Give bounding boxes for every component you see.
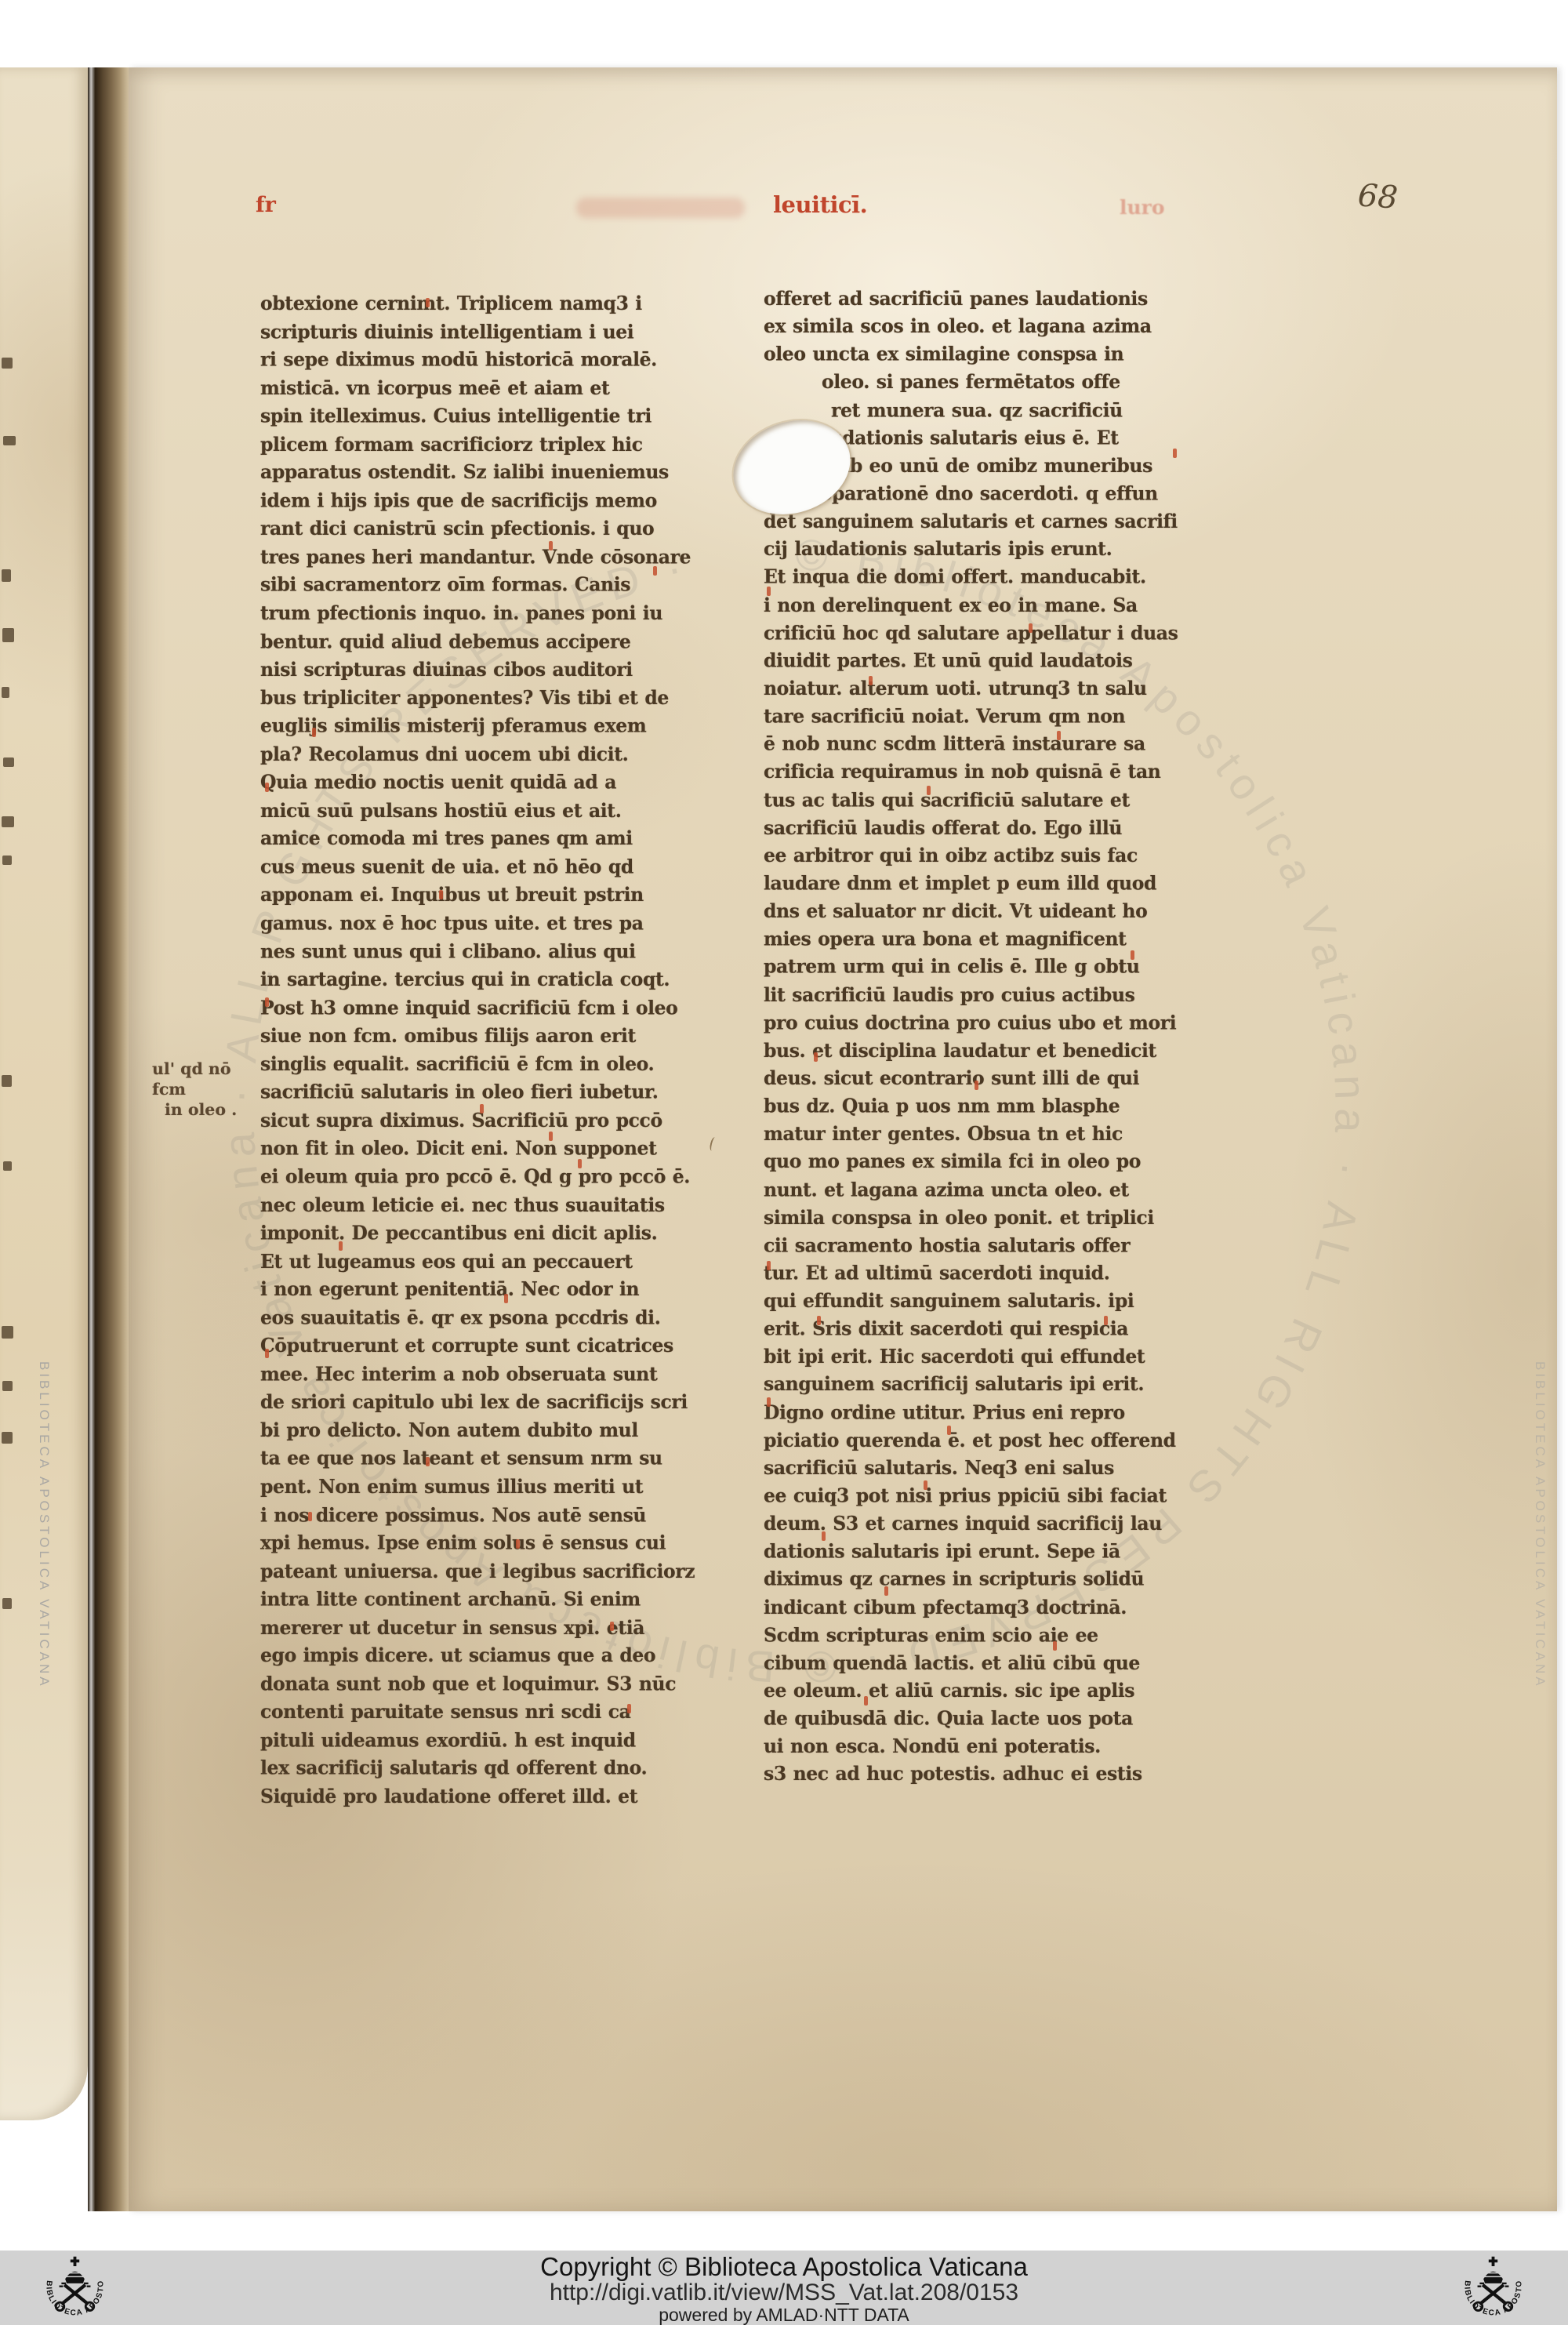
manuscript-line: matur inter gentes. Obsua tn et hic [764, 1122, 1226, 1150]
manuscript-line: Et ut lugeamus eos qui an peccauert [260, 1250, 717, 1278]
vatican-library-logo: BIBLIOTECA APOSTOLICA VATICANA [1456, 2252, 1530, 2325]
manuscript-line: mee. Hec interim a nob obseruata sunt [260, 1362, 717, 1390]
text-fragment [3, 1161, 12, 1171]
manuscript-line: rant dici canistrū scin pfectionis. i qu… [260, 517, 717, 545]
manuscript-line: dationis salutaris ipi erunt. Sepe iā [764, 1540, 1226, 1568]
manuscript-line: tus ac talis qui sacrificiū salutare et [764, 788, 1226, 816]
manuscript-line: ex simila scos in oleo. et lagana azima [764, 315, 1226, 343]
manuscript-line: misticā. vn icorpus meē et aiam et [260, 376, 717, 405]
manuscript-line: cij laudationis salutaris ipis erunt. [764, 538, 1226, 566]
manuscript-line: in sartagine. tercius qui in craticla co… [260, 968, 717, 996]
manuscript-line: intra litte continent archanū. Si enim [260, 1588, 717, 1616]
manuscript-line: bi pro delicto. Non autem dubito mul [260, 1419, 717, 1447]
manuscript-line: diuidit partes. Et unū quid laudatois [764, 649, 1226, 678]
manuscript-line: Quia medio noctis uenit quidā ad a [260, 771, 717, 799]
manuscript-line: contenti paruitate sensus nri scdi ca [260, 1700, 717, 1728]
manuscript-line: ei oleum quia pro pccō ē. Qd g pro pccō … [260, 1165, 717, 1193]
manuscript-line: ta ee que nos lateant et sensum nrm su [260, 1447, 717, 1475]
text-fragment [2, 1598, 12, 1609]
text-fragment [2, 856, 12, 865]
text-column-left: obtexione cernimt. Triplicem namq3 iscri… [260, 292, 717, 1813]
manuscript-line: lit sacrificiū laudis pro cuius actibus [764, 983, 1226, 1012]
manuscript-line: Et inqua die domi offert. manducabit. [764, 565, 1226, 594]
manuscript-line: donata sunt nob que et loquimur. S3 nūc [260, 1673, 717, 1701]
manuscript-line: ret munera sua. qz sacrificiū [764, 398, 1226, 427]
manuscript-line: sacrificiū laudis offerat do. Ego illū [764, 816, 1226, 845]
text-fragment [2, 1326, 13, 1339]
running-title-left: fr [256, 193, 276, 217]
manuscript-line: dns et saluator nr dicit. Vt uideant ho [764, 899, 1226, 928]
manuscript-line: Siquidē pro laudatione offeret illd. et [260, 1785, 717, 1813]
manuscript-line: nisi scripturas diuinas cibos auditori [260, 658, 717, 686]
manuscript-line: euglijs similis misterij pferamus exem [260, 714, 717, 743]
ghost-running-title: luro [1120, 196, 1165, 219]
manuscript-line: gamus. nox ē hoc tpus uite. et tres pa [260, 911, 717, 939]
left-margin-watermark: BIBLIOTECA APOSTOLICA VATICANA [36, 1361, 52, 1689]
manuscript-line: cii sacramento hostia salutaris offer [764, 1233, 1226, 1262]
manuscript-line: ego impis dicere. ut sciamus que a deo [260, 1644, 717, 1673]
manuscript-line: sacrificiū salutaris. Neq3 eni salus [764, 1456, 1226, 1484]
book-gutter [88, 67, 129, 2211]
vatican-library-logo: BIBLIOTECA APOSTOLICA VATICANA [38, 2252, 112, 2325]
manuscript-line: bus tripliciter apponentes? Vis tibi et … [260, 686, 717, 714]
text-fragment [2, 569, 11, 582]
manuscript-line: oleo uncta ex similagine conspsa in [764, 343, 1226, 371]
manuscript-line: imponit. De peccantibus eni dicit aplis. [260, 1222, 717, 1250]
manuscript-line: pituli uideamus exordiū. h est inquid [260, 1728, 717, 1756]
manuscript-line: deum. S3 et carnes inquid sacrificij lau [764, 1512, 1226, 1540]
manuscript-line: de quibusdā dic. Quia lacte uos pota [764, 1707, 1226, 1735]
scanned-manuscript-page: { "header": { "running_title_left": "fr"… [0, 0, 1568, 2325]
manuscript-line: ui non esca. Nondū eni poteratis. [764, 1735, 1226, 1763]
manuscript-line: s3 nec ad huc potestis. adhuc ei estis [764, 1763, 1226, 1791]
marginal-note-line: ul' qd nō fcm [152, 1059, 270, 1099]
manuscript-line: bit ipi erit. Hic sacerdoti qui effundet [764, 1345, 1226, 1373]
manuscript-line: oleo. si panes fermētatos offe [764, 371, 1226, 399]
text-fragment [2, 628, 14, 642]
manuscript-line: cibum quendā lactis. et aliū cibū que [764, 1651, 1226, 1680]
manuscript-line: piciatio querenda ē. et post hec offeren… [764, 1429, 1226, 1457]
manuscript-line: ē nob nunc scdm litterā instaurare sa [764, 732, 1226, 761]
footer-bar: Copyright © Biblioteca Apostolica Vatica… [0, 2251, 1568, 2325]
manuscript-line: offeret ad sacrificiū panes laudationis [764, 287, 1226, 315]
manuscript-line: Scdm scripturas enim scio aie ee [764, 1623, 1226, 1651]
manuscript-line: qui effundit sanguinem salutaris. ipi [764, 1289, 1226, 1317]
manuscript-line: tare sacrificiū noiat. Verum qm non [764, 705, 1226, 733]
manuscript-line: nes sunt unus qui i clibano. alius qui [260, 939, 717, 968]
manuscript-line: pla? Recolamus dni uocem ubi dicit. [260, 743, 717, 771]
text-fragment [2, 1432, 13, 1444]
manuscript-line: eos suauitatis ē. qr ex psona pccdris di… [260, 1306, 717, 1334]
manuscript-line: bentur. quid aliud debemus accipere [260, 630, 717, 658]
manuscript-line: non fit in oleo. Dicit eni. Non supponet [260, 1137, 717, 1165]
manuscript-line: Digno ordine utitur. Prius eni repro [764, 1400, 1226, 1429]
right-margin-watermark: BIBLIOTECA APOSTOLICA VATICANA [1532, 1361, 1548, 1689]
manuscript-line: obtexione cernimt. Triplicem namq3 i [260, 292, 717, 320]
manuscript-line: pro cuius doctrina pro cuius ubo et mori [764, 1011, 1226, 1039]
manuscript-line: noiatur. alterum uoti. utrunq3 tn salu [764, 677, 1226, 705]
manuscript-line: trum pfectionis inquo. in. panes poni iu [260, 601, 717, 630]
manuscript-line: nunt. et lagana azima uncta oleo. et [764, 1178, 1226, 1206]
manuscript-line: micū suū pulsans hostiū eius et ait. [260, 799, 717, 827]
text-fragment [2, 687, 9, 698]
manuscript-line: Cōputruerunt et corrupte sunt cicatrices [260, 1334, 717, 1362]
manuscript-line: plicem formam sacrificiorz triplex hic [260, 433, 717, 461]
manuscript-line: i non derelinquent ex eo in mane. Sa [764, 594, 1226, 622]
manuscript-line: i nos dicere possimus. Nos autē sensū [260, 1503, 717, 1531]
rubrication-marks [0, 0, 4, 9]
papal-emblem [56, 2257, 93, 2311]
manuscript-line: crificiū hoc qd salutare appellatur i du… [764, 621, 1226, 649]
manuscript-line: amice comoda mi tres panes qm ami [260, 827, 717, 856]
marginal-note-line: in oleo . [152, 1099, 270, 1120]
manuscript-line: det sanguinem salutaris et carnes sacrif… [764, 510, 1226, 538]
manuscript-line: quo mo panes ex simila fci in oleo po [764, 1150, 1226, 1179]
manuscript-line: Post h3 omne inquid sacrificiū fcm i ole… [260, 996, 717, 1024]
manuscript-line: mererer ut ducetur in sensus xpi. etiā [260, 1616, 717, 1644]
offset-ink-smudge [576, 198, 745, 218]
text-fragment [2, 816, 14, 827]
manuscript-line: patrem urm qui in celis ē. Ille g obtu [764, 955, 1226, 983]
manuscript-line: ee oleum. et aliū carnis. sic ipe aplis [764, 1679, 1226, 1707]
manuscript-line: laudare dnm et implet p eum illd quod [764, 872, 1226, 900]
manuscript-line: ri sepe diximus modū historicā moralē. [260, 348, 717, 376]
manuscript-line: mies opera ura bona et magnificent [764, 928, 1226, 956]
text-fragment [2, 1075, 12, 1087]
footer-copyright: Copyright © Biblioteca Apostolica Vatica… [0, 2252, 1568, 2282]
manuscript-line: sanguinem sacrificij salutaris ipi erit. [764, 1373, 1226, 1401]
manuscript-line: singlis equalit. sacrificiū ē fcm in ole… [260, 1052, 717, 1081]
manuscript-line: lex sacrificij salutaris qd offerent dno… [260, 1756, 717, 1785]
manuscript-line: siue non fcm. omibus filijs aaron erit [260, 1024, 717, 1052]
manuscript-line: diximus qz carnes in scripturis solidū [764, 1568, 1226, 1596]
text-fragment [3, 436, 16, 445]
manuscript-line: apponam ei. Inquibus ut breuit pstrin [260, 884, 717, 912]
marginal-note: ul' qd nō fcm in oleo . [152, 1059, 270, 1120]
manuscript-line: cus meus suenit de uia. et nō hēo qd [260, 856, 717, 884]
manuscript-line: apparatus ostendit. Sz ialibi inueniemus [260, 461, 717, 489]
manuscript-line: pateant uniuersa. que i legibus sacrific… [260, 1560, 717, 1588]
text-fragment [2, 358, 13, 369]
manuscript-line: deus. sicut econtrario sunt illi de qui [764, 1066, 1226, 1095]
papal-emblem [1474, 2257, 1512, 2311]
manuscript-line: xpi hemus. Ipse enim solus ē sensus cui [260, 1531, 717, 1560]
manuscript-line: de sriori capitulo ubi lex de sacrificij… [260, 1390, 717, 1419]
manuscript-line: spin itelleximus. Cuius intelligentie tr… [260, 405, 717, 433]
manuscript-line: ee arbitror qui in oibz actibz suis fac [764, 844, 1226, 872]
footer-powered-by: powered by AMLAD·NTT DATA [0, 2305, 1568, 2325]
manuscript-line: sicut supra diximus. Sacrificiū pro pccō [260, 1109, 717, 1137]
manuscript-line: tres panes heri mandantur. Vnde cōsonare [260, 545, 717, 573]
manuscript-line: scripturis diuinis intelligentiam i uei [260, 320, 717, 348]
manuscript-line: i non egerunt penitentiā. Nec odor in [260, 1278, 717, 1306]
manuscript-line: bus. et disciplina laudatur et benedicit [764, 1039, 1226, 1067]
previous-folio-edge [0, 67, 88, 2120]
manuscript-line: sacrificiū salutaris in oleo fieri iubet… [260, 1081, 717, 1109]
manuscript-line: tur. Et ad ultimū sacerdoti inquid. [764, 1262, 1226, 1290]
text-fragment [2, 1381, 13, 1391]
manuscript-line: indicant cibum pfectamq3 doctrinā. [764, 1596, 1226, 1624]
manuscript-line: pent. Non enim sumus illius meriti ut [260, 1475, 717, 1503]
text-fragment [3, 757, 14, 767]
manuscript-line: ee cuiq3 pot nisi prius ppiciū sibi faci… [764, 1484, 1226, 1513]
manuscript-line: sibi sacramentorz oīm formas. Canis [260, 573, 717, 601]
folio-number: 68 [1356, 177, 1399, 216]
footer-url[interactable]: http://digi.vatlib.it/view/MSS_Vat.lat.2… [0, 2280, 1568, 2306]
manuscript-line: crificia requiramus in nob quisnā ē tan [764, 761, 1226, 789]
manuscript-line: erit. Sris dixit sacerdoti qui respicia [764, 1317, 1226, 1346]
manuscript-line: idem i hijs ipis que de sacrificijs memo [260, 489, 717, 518]
text-column-right: offeret ad sacrificiū panes laudationise… [764, 287, 1226, 1790]
manuscript-line: bus dz. Quia p uos nm mm blasphe [764, 1095, 1226, 1123]
manuscript-line: nec oleum leticie ei. nec thus suauitati… [260, 1193, 717, 1222]
manuscript-line: simila conspsa in oleo ponit. et triplic… [764, 1206, 1226, 1234]
running-title-leviticus: leuiticī. [773, 191, 867, 218]
